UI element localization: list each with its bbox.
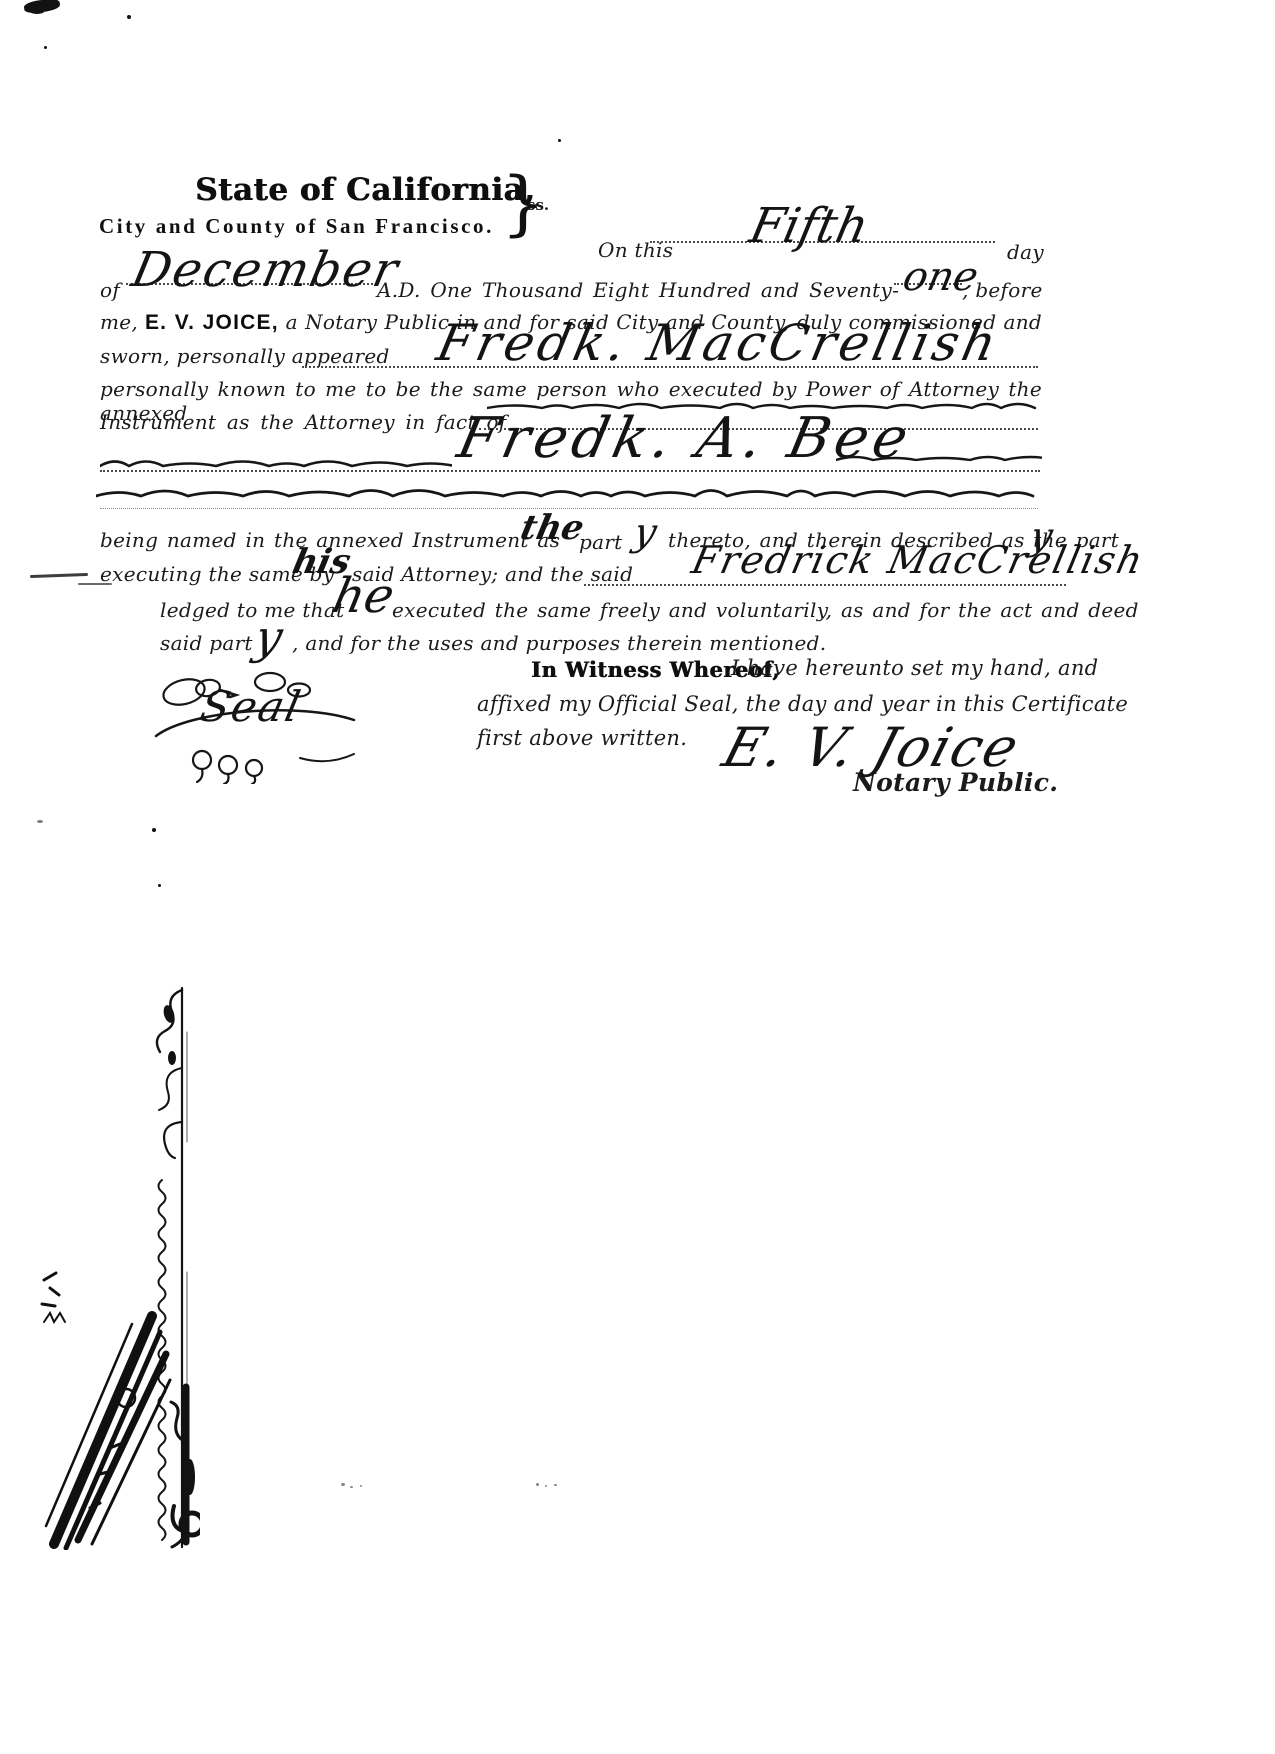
label-year-printed: A.D. One Thousand Eight Hundred and Seve… [377,278,899,302]
label-day: day [1007,240,1044,264]
witness-line-1: I have hereunto set my hand, and [731,656,1098,680]
ss-abbreviation: ss. [527,196,549,214]
handwritten-month: December [127,242,405,298]
ink-speck [558,139,561,142]
ink-speck [44,46,47,49]
ink-speck [78,583,112,585]
handwritten-appeared-name: Fredk. MacCrellish [432,314,1005,372]
handwritten-year-suffix: one [899,254,982,300]
fill-in-line-acknowledger [584,584,1066,586]
ink-speck [127,15,131,19]
ink-speck [341,1483,345,1486]
document-subtitle-county: City and County of San Francisco. [99,214,494,239]
ink-speck [554,1484,557,1486]
handwritten-party-suffix-1: y [630,510,661,554]
handwritten-the: the [517,508,588,548]
handwritten-he: he [328,568,399,624]
uses-clause: , and for the uses and purposes therein … [292,631,826,655]
handwritten-acknowledger-name: Fredrick MacCrellish [688,538,1148,582]
ink-speck [30,9,44,14]
ledged-clause: ledged to me that [160,598,344,622]
notary-signature: E. V. Joice [716,716,1027,779]
ink-speck [545,1485,547,1487]
handwritten-principal-name: Fredk. A. Bee [452,406,918,471]
ink-speck [30,573,88,578]
witness-line-3: first above written. [477,726,687,750]
document-page: State of California, City and County of … [0,0,1275,1754]
said-part-label: said part [160,631,253,655]
pen-squiggle [96,482,1046,510]
label-me: me, [100,310,138,334]
witness-line-2: affixed my Official Seal, the day and ye… [477,692,1128,716]
ink-speck [350,1486,353,1488]
document-title-state: State of California, [195,172,535,208]
seal-label: Seal [196,682,307,731]
executed-clause: executed the same freely and voluntarily… [392,598,1139,622]
instrument-clause: Instrument as the Attorney in fact of [100,410,507,434]
ink-speck [536,1483,539,1486]
ink-smudge [40,1258,172,1550]
label-of: of [100,278,120,302]
ink-speck [158,884,161,887]
ink-speck [37,820,43,823]
label-sworn-appeared: sworn, personally appeared [100,344,390,368]
ink-speck [360,1485,362,1487]
label-part-1: part [579,530,623,554]
handwritten-day: Fifth [745,198,874,254]
notary-name: E. V. JOICE, [145,311,279,334]
ink-speck [152,828,156,832]
